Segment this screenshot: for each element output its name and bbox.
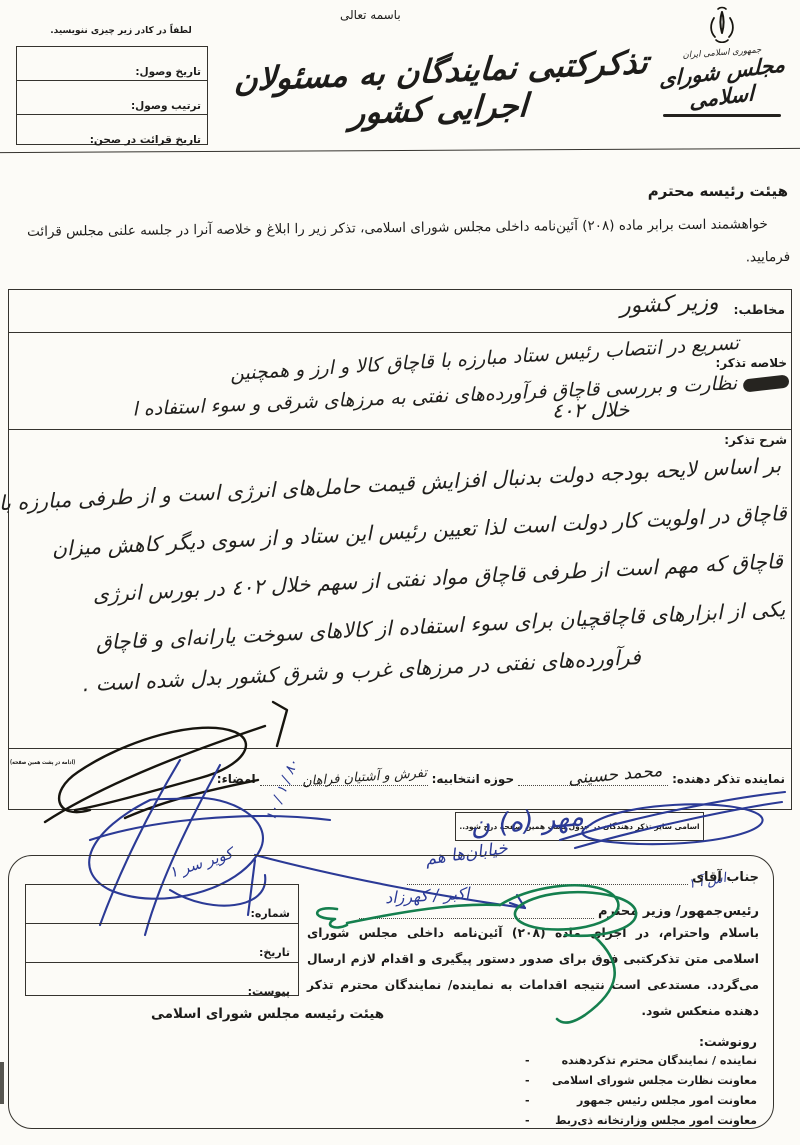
reception-box: تاریخ وصول: ترتیب وصول: تاریخ قرائت در ص… (16, 46, 208, 145)
cc-item-text: معاونت نظارت مجلس شورای اسلامی (552, 1071, 757, 1091)
description-line-3: قاچاق که مهم است از طرفی قاچاق مواد نفتی… (92, 549, 783, 607)
ink-scribble-blob (742, 374, 789, 392)
cc-section: رونوشت: نماینده / نمایندگان محترم تذکرده… (525, 1034, 757, 1131)
cc-item-ministry-parliament-deputy: معاونت امور مجلس وزارتخانه ذی‌ربط - (525, 1111, 757, 1131)
summary-line-2: نظارت و بررسی قاچاق فرآورده‌های نفتی به … (132, 372, 738, 420)
cc-item-oversight-deputy: معاونت نظارت مجلس شورای اسلامی - (525, 1071, 757, 1091)
addressee-label: مخاطب: (734, 302, 785, 317)
dash-bullet: - (525, 1091, 530, 1111)
reception-row-date-received: تاریخ وصول: (17, 47, 207, 81)
green-pen-scribble (295, 875, 665, 1035)
salutation-heading: هیئت رئیسه محترم (648, 182, 788, 200)
cc-item-text: معاونت امور مجلس وزارتخانه ذی‌ربط (555, 1111, 757, 1131)
cc-item-president-parliament-deputy: معاونت امور مجلس رئیس جمهور - (525, 1091, 757, 1111)
dash-bullet: - (525, 1051, 530, 1071)
cc-label: رونوشت: (525, 1034, 757, 1049)
cc-item-representatives: نماینده / نمایندگان محترم تذکردهنده - (525, 1051, 757, 1071)
scanned-document-page: لطفاً در کادر زیر چیزی ننویسید. تاریخ وص… (0, 0, 800, 1145)
ref-label: تاریخ: (259, 946, 290, 959)
page-title: تذکرکتبی نمایندگان به مسئولان اجرایی کشو… (203, 42, 677, 139)
salutation-body: خواهشمند است برابر ماده (۲۰۸) آئین‌نامه … (12, 208, 791, 282)
description-line-2: قاچاق در اولویت کار دولت است لذا تعیین ر… (52, 501, 788, 561)
reception-label: تاریخ قرائت در صحن: (90, 134, 201, 146)
basmala-text: باسمه تعالی (340, 8, 401, 22)
reception-row-order-received: ترتیب وصول: (17, 81, 207, 115)
addressee-value: وزیر کشور (620, 290, 719, 318)
scan-edge-artifact (0, 1062, 4, 1104)
ref-row-date: تاریخ: (26, 924, 298, 963)
allah-emblem-icon (704, 6, 740, 48)
description-label: شرح تذکر: (724, 433, 787, 447)
dear-sir-label: جناب آقای (692, 870, 759, 885)
cc-item-text: معاونت امور مجلس رئیس جمهور (577, 1091, 757, 1111)
description-line-1: بر اساس لایحه بودجه دولت بدنبال افزایش ق… (0, 453, 782, 515)
reception-label: تاریخ وصول: (135, 66, 201, 78)
reception-row-date-read: تاریخ قرائت در صحن: (17, 115, 207, 148)
header-divider (0, 148, 800, 153)
ref-label: شماره: (250, 907, 290, 920)
reception-label: ترتیب وصول: (131, 100, 201, 112)
ref-row-number: شماره: (26, 885, 298, 924)
reference-box: شماره: تاریخ: پیوست: (25, 884, 299, 996)
summary-row: خلاصه تذکر: تسریع در انتصاب رئیس ستاد مب… (9, 332, 791, 430)
description-line-4: یکی از ابزارهای قاچاقچیان برای سوء استفا… (95, 597, 786, 655)
summary-line-3: خلال ٤٠٢ (551, 397, 629, 422)
dash-bullet: - (525, 1111, 530, 1131)
dash-bullet: - (525, 1071, 530, 1091)
ref-label: پیوست: (248, 985, 290, 998)
cc-item-text: نماینده / نمایندگان محترم تذکردهنده (562, 1051, 757, 1071)
ref-row-attachment: پیوست: (26, 963, 298, 1001)
summary-line-2-wrap: نظارت و بررسی قاچاق فرآورده‌های نفتی به … (9, 370, 789, 426)
addressee-row: مخاطب: وزیر کشور (9, 290, 791, 333)
do-not-write-note: لطفاً در کادر زیر چیزی ننویسید. (36, 26, 206, 36)
summary-label: خلاصه تذکر: (716, 356, 788, 370)
